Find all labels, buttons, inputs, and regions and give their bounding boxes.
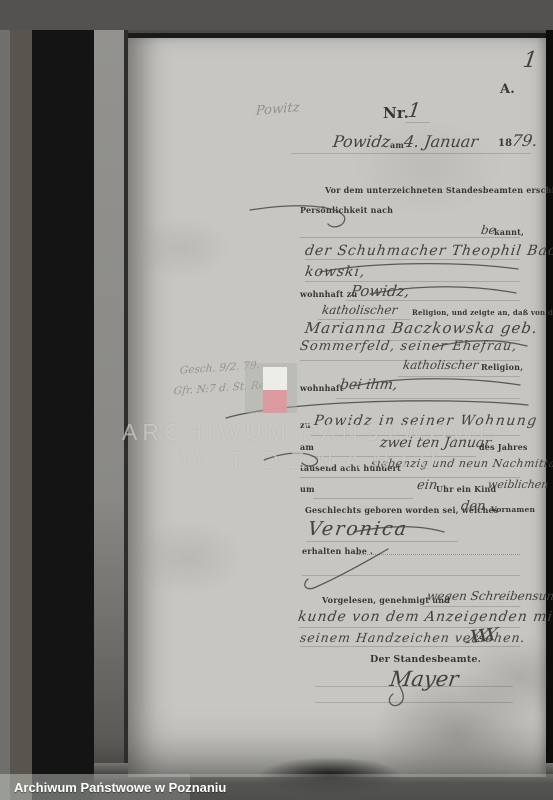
form-text: kannt,	[494, 227, 524, 237]
entry-gender: weiblichen	[487, 478, 549, 491]
entry-closing: kunde von dem Anzeigenden mit	[297, 609, 553, 625]
page-number: 1	[521, 48, 539, 73]
form-text: um	[300, 484, 315, 494]
corner-annotation: Powitz	[255, 100, 300, 119]
archival-scan: 1 A. Powitz Nr. 1 Powidz am 4. Januar 18…	[0, 0, 553, 800]
form-text: wohnhaft zu	[300, 289, 357, 299]
section-letter: A.	[500, 82, 515, 97]
scanner-bed-top	[0, 0, 553, 30]
book-spine-shadow	[32, 30, 94, 800]
form-text: Persönlichkeit nach	[300, 205, 393, 215]
archive-footer-bar: Archiwum Państwowe w Poznaniu	[0, 774, 553, 800]
entry-religion: katholischer	[321, 303, 398, 317]
record-number-label: Nr.	[383, 104, 409, 122]
entry-declarant: der Schuhmacher Theophil Bacz-	[304, 243, 553, 259]
scan-edge-strip	[10, 30, 33, 800]
entry-mother: Sommerfeld, seiner Ehefrau,	[299, 339, 518, 354]
archive-name-label: Archiwum Państwowe w Poznaniu	[14, 780, 226, 795]
registrar-label: Der Standesbeamte.	[370, 654, 481, 665]
entry-mother: Marianna Baczkowska geb.	[304, 319, 539, 337]
form-text: Vor dem unterzeichneten Standesbeamten e…	[325, 185, 553, 195]
watermark-line1: ARCHIWUM PAŃSTWOWE	[122, 419, 499, 446]
entry-residence2: bei ihm,	[339, 377, 399, 393]
entry-time: ein	[416, 478, 438, 493]
entry-closing: wegen Schreibensun-	[426, 589, 553, 603]
dateline-year: 79.	[511, 131, 539, 150]
flag-pink-icon	[263, 390, 287, 413]
entry-declarant: kowski,	[304, 264, 367, 280]
dateline-day: 4. Januar	[403, 132, 480, 151]
form-text: Vornamen	[491, 505, 535, 514]
scan-edge-strip	[0, 30, 10, 800]
registrar-signature: Mayer	[388, 667, 460, 691]
dateline-place: Powidz	[332, 132, 392, 151]
page-edge-strip	[94, 30, 124, 800]
record-number-value: 1	[406, 98, 422, 122]
form-text: Religion, und zeigte an, daß von der	[412, 308, 553, 317]
flag-white-icon	[263, 367, 287, 390]
entry-article: den	[460, 499, 486, 514]
form-text: wohnhaft	[300, 383, 344, 393]
entry-residence: Powidz,	[350, 282, 411, 300]
entry-religion: katholischer	[402, 358, 479, 372]
register-page: 1 A. Powitz Nr. 1 Powidz am 4. Januar 18…	[128, 33, 546, 777]
watermark-line2: W POZNANIU	[181, 447, 448, 474]
form-text: Religion,	[481, 362, 523, 372]
entry-firstname: Veronica	[306, 518, 409, 540]
right-scan-edge	[546, 30, 553, 800]
